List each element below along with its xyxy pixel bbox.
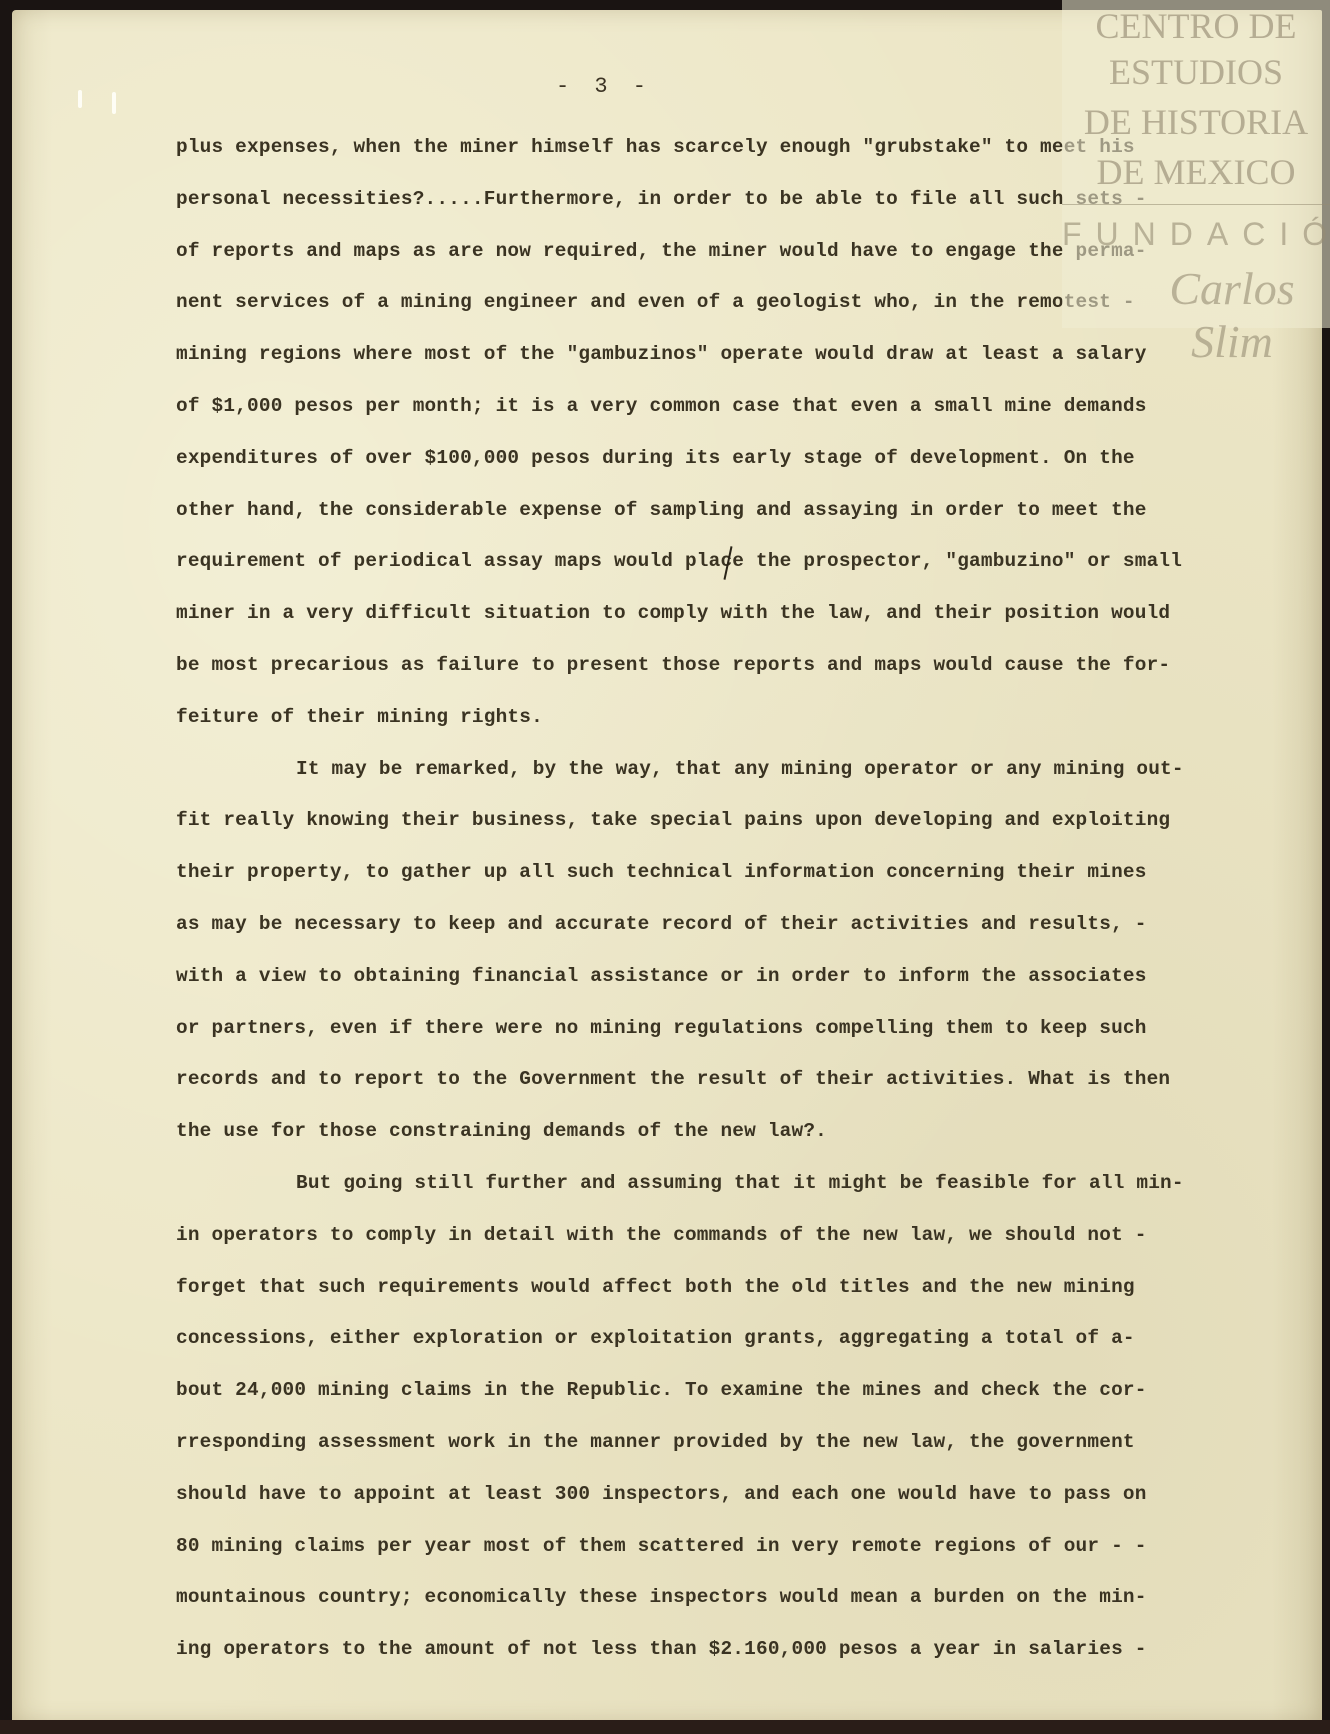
- text-line: concessions, either exploration or explo…: [176, 1313, 1296, 1365]
- text-line: forget that such requirements would affe…: [176, 1262, 1296, 1314]
- text-line: It may be remarked, by the way, that any…: [176, 744, 1296, 796]
- scan-bottom-edge: [0, 1720, 1330, 1734]
- text-line: their property, to gather up all such te…: [176, 847, 1296, 899]
- watermark-line-4: DE MEXICO: [1062, 152, 1330, 192]
- text-line: mountainous country; economically these …: [176, 1572, 1296, 1624]
- text-line: be most precarious as failure to present…: [176, 640, 1296, 692]
- text-line: feiture of their mining rights.: [176, 692, 1296, 744]
- text-line: of $1,000 pesos per month; it is a very …: [176, 381, 1296, 433]
- text-line: the use for those constraining demands o…: [176, 1106, 1296, 1158]
- text-line: expenditures of over $100,000 pesos duri…: [176, 433, 1296, 485]
- paper-smudge: [112, 92, 116, 114]
- text-line: requirement of periodical assay maps wou…: [176, 536, 1296, 588]
- text-line: 80 mining claims per year most of them s…: [176, 1521, 1296, 1573]
- text-line: But going still further and assuming tha…: [176, 1158, 1296, 1210]
- text-line: ing operators to the amount of not less …: [176, 1624, 1296, 1676]
- text-line: records and to report to the Government …: [176, 1054, 1296, 1106]
- watermark-line-1: CENTRO DE: [1062, 6, 1330, 46]
- text-line: mining regions where most of the "gambuz…: [176, 329, 1296, 381]
- text-line: in operators to comply in detail with th…: [176, 1210, 1296, 1262]
- paper-smudge: [78, 90, 82, 108]
- document-body: plus expenses, when the miner himself ha…: [176, 122, 1296, 1676]
- text-line: miner in a very difficult situation to c…: [176, 588, 1296, 640]
- text-line: should have to appoint at least 300 insp…: [176, 1469, 1296, 1521]
- watermark-divider: [1062, 204, 1330, 205]
- text-line: or partners, even if there were no minin…: [176, 1003, 1296, 1055]
- page-number: - 3 -: [556, 74, 652, 99]
- text-line: fit really knowing their business, take …: [176, 795, 1296, 847]
- watermark-line-3: DE HISTORIA: [1062, 102, 1330, 142]
- watermark-signature: Carlos Slim: [1132, 262, 1330, 368]
- text-line: other hand, the considerable expense of …: [176, 485, 1296, 537]
- archive-watermark: CENTRO DE ESTUDIOS DE HISTORIA DE MEXICO…: [1062, 0, 1330, 328]
- watermark-line-2: ESTUDIOS: [1062, 52, 1330, 92]
- text-line: rresponding assessment work in the manne…: [176, 1417, 1296, 1469]
- scan-frame: - 3 - plus expenses, when the miner hims…: [0, 0, 1330, 1734]
- text-line: with a view to obtaining financial assis…: [176, 951, 1296, 1003]
- text-line: bout 24,000 mining claims in the Republi…: [176, 1365, 1296, 1417]
- text-line: as may be necessary to keep and accurate…: [176, 899, 1296, 951]
- watermark-fundacion: FUNDACIÓN: [1062, 216, 1330, 253]
